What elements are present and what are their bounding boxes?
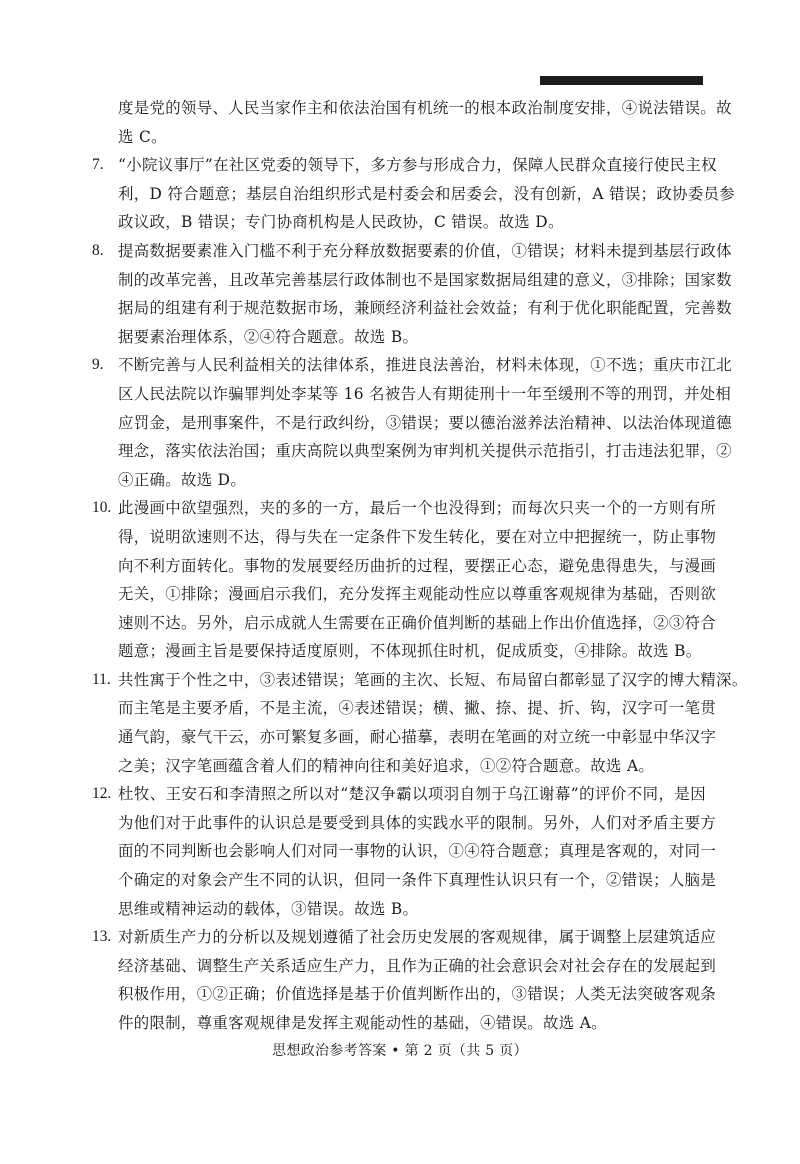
answer-item-7: 7. “小院议事厅”在社区党委的领导下，多方参与形成合力，保障人民群众直接行使民…	[92, 151, 706, 237]
answer-content: 度是党的领导、人民当家作主和依法治国有机统一的根本政治制度安排，④说法错误。故 …	[92, 94, 706, 1038]
question-number: 10.	[92, 494, 111, 523]
answer-item-8: 8. 提高数据要素准入门槛不利于充分释放数据要素的价值，①错误；材料未提到基层行…	[92, 237, 706, 351]
answer-line: 题意；漫画主旨是要保持适度原则，不体现抓住时机，促成质变，④排除。故选 B。	[92, 637, 706, 666]
answer-line: 个确定的对象会产生不同的认识，但同一条件下真理性认识只有一个，②错误；人脑是	[92, 866, 706, 895]
question-number: 13.	[92, 923, 111, 952]
answer-line: 共性寓于个性之中，③表述错误；笔画的主次、长短、布局留白都彰显了汉字的博大精深。	[92, 666, 706, 695]
question-number: 7.	[92, 151, 104, 180]
answer-line: 应罚金，是刑事案件，不是行政纠纷，③错误；要以德治滋养法治精神、以法治体现道德	[92, 409, 706, 438]
answer-line: 而主笔是主要矛盾，不是主流，④表述错误；横、撇、捺、提、折、钩，汉字可一笔贯	[92, 694, 706, 723]
answer-item-11: 11. 共性寓于个性之中，③表述错误；笔画的主次、长短、布局留白都彰显了汉字的博…	[92, 666, 706, 780]
question-number: 9.	[92, 351, 104, 380]
answer-line: 此漫画中欲望强烈，夹的多的一方，最后一个也没得到；而每次只夹一个的一方则有所	[92, 494, 706, 523]
answer-line: 提高数据要素准入门槛不利于充分释放数据要素的价值，①错误；材料未提到基层行政体	[92, 237, 706, 266]
answer-line: 据要素治理体系，②④符合题意。故选 B。	[92, 323, 706, 352]
answer-line: 据局的组建有利于规范数据市场，兼顾经济利益社会效益；有利于优化职能配置，完善数	[92, 294, 706, 323]
question-number: 12.	[92, 780, 111, 809]
question-number: 11.	[92, 666, 111, 695]
answer-line: 选 C。	[92, 123, 706, 152]
header-decoration-bar	[540, 76, 703, 85]
answer-line: 政议政，B 错误；专门协商机构是人民政协，C 错误。故选 D。	[92, 208, 706, 237]
question-number: 8.	[92, 237, 104, 266]
answer-item-9: 9. 不断完善与人民利益相关的法律体系，推进良法善治，材料未体现，①不选；重庆市…	[92, 351, 706, 494]
answer-line: 区人民法院以诈骗罪判处李某等 16 名被告人有期徒刑十一年至缓刑不等的刑罚，并处…	[92, 380, 706, 409]
answer-line: 理念，落实依法治国；重庆高院以典型案例为审判机关提供示范指引，打击违法犯罪，②	[92, 437, 706, 466]
answer-line: “小院议事厅”在社区党委的领导下，多方参与形成合力，保障人民群众直接行使民主权	[92, 151, 706, 180]
answer-line: 杜牧、王安石和李清照之所以对“楚汉争霸以项羽自刎于乌江谢幕”的评价不同，是因	[92, 780, 706, 809]
answer-item-10: 10. 此漫画中欲望强烈，夹的多的一方，最后一个也没得到；而每次只夹一个的一方则…	[92, 494, 706, 666]
page-footer: 思想政治参考答案 • 第 2 页（共 5 页）	[0, 1040, 800, 1060]
answer-item-6-continued: 度是党的领导、人民当家作主和依法治国有机统一的根本政治制度安排，④说法错误。故 …	[92, 94, 706, 151]
answer-line: 不断完善与人民利益相关的法律体系，推进良法善治，材料未体现，①不选；重庆市江北	[92, 351, 706, 380]
answer-line: ④正确。故选 D。	[92, 466, 706, 495]
answer-line: 积极作用，①②正确；价值选择是基于价值判断作出的，③错误；人类无法突破客观条	[92, 980, 706, 1009]
answer-line: 经济基础、调整生产关系适应生产力，且作为正确的社会意识会对社会存在的发展起到	[92, 952, 706, 981]
answer-line: 之美；汉字笔画蕴含着人们的精神向往和美好追求，①②符合题意。故选 A。	[92, 752, 706, 781]
answer-line: 通气韵，豪气干云，亦可繁复多画，耐心描摹，表明在笔画的对立统一中彰显中华汉字	[92, 723, 706, 752]
answer-line: 速则不达。另外，启示成就人生需要在正确价值判断的基础上作出价值选择，②③符合	[92, 609, 706, 638]
answer-line: 制的改革完善，且改革完善基层行政体制也不是国家数据局组建的意义，③排除；国家数	[92, 266, 706, 295]
answer-line: 面的不同判断也会影响人们对同一事物的认识，①④符合题意；真理是客观的，对同一	[92, 837, 706, 866]
answer-line: 无关，①排除；漫画启示我们，充分发挥主观能动性应以尊重客观规律为基础，否则欲	[92, 580, 706, 609]
answer-item-13: 13. 对新质生产力的分析以及规划遵循了社会历史发展的客观规律，属于调整上层建筑…	[92, 923, 706, 1037]
answer-line: 利，D 符合题意；基层自治组织形式是村委会和居委会，没有创新，A 错误；政协委员…	[92, 180, 706, 209]
answer-line: 对新质生产力的分析以及规划遵循了社会历史发展的客观规律，属于调整上层建筑适应	[92, 923, 706, 952]
answer-line: 向不利方面转化。事物的发展要经历曲折的过程，要摆正心态，避免患得患失，与漫画	[92, 552, 706, 581]
answer-line: 度是党的领导、人民当家作主和依法治国有机统一的根本政治制度安排，④说法错误。故	[92, 94, 706, 123]
answer-line: 思维或精神运动的载体，③错误。故选 B。	[92, 895, 706, 924]
answer-line: 得，说明欲速则不达，得与失在一定条件下发生转化，要在对立中把握统一，防止事物	[92, 523, 706, 552]
answer-line: 为他们对于此事件的认识总是要受到具体的实践水平的限制。另外，人们对矛盾主要方	[92, 809, 706, 838]
answer-item-12: 12. 杜牧、王安石和李清照之所以对“楚汉争霸以项羽自刎于乌江谢幕”的评价不同，…	[92, 780, 706, 923]
answer-line: 件的限制，尊重客观规律是发挥主观能动性的基础，④错误。故选 A。	[92, 1009, 706, 1038]
